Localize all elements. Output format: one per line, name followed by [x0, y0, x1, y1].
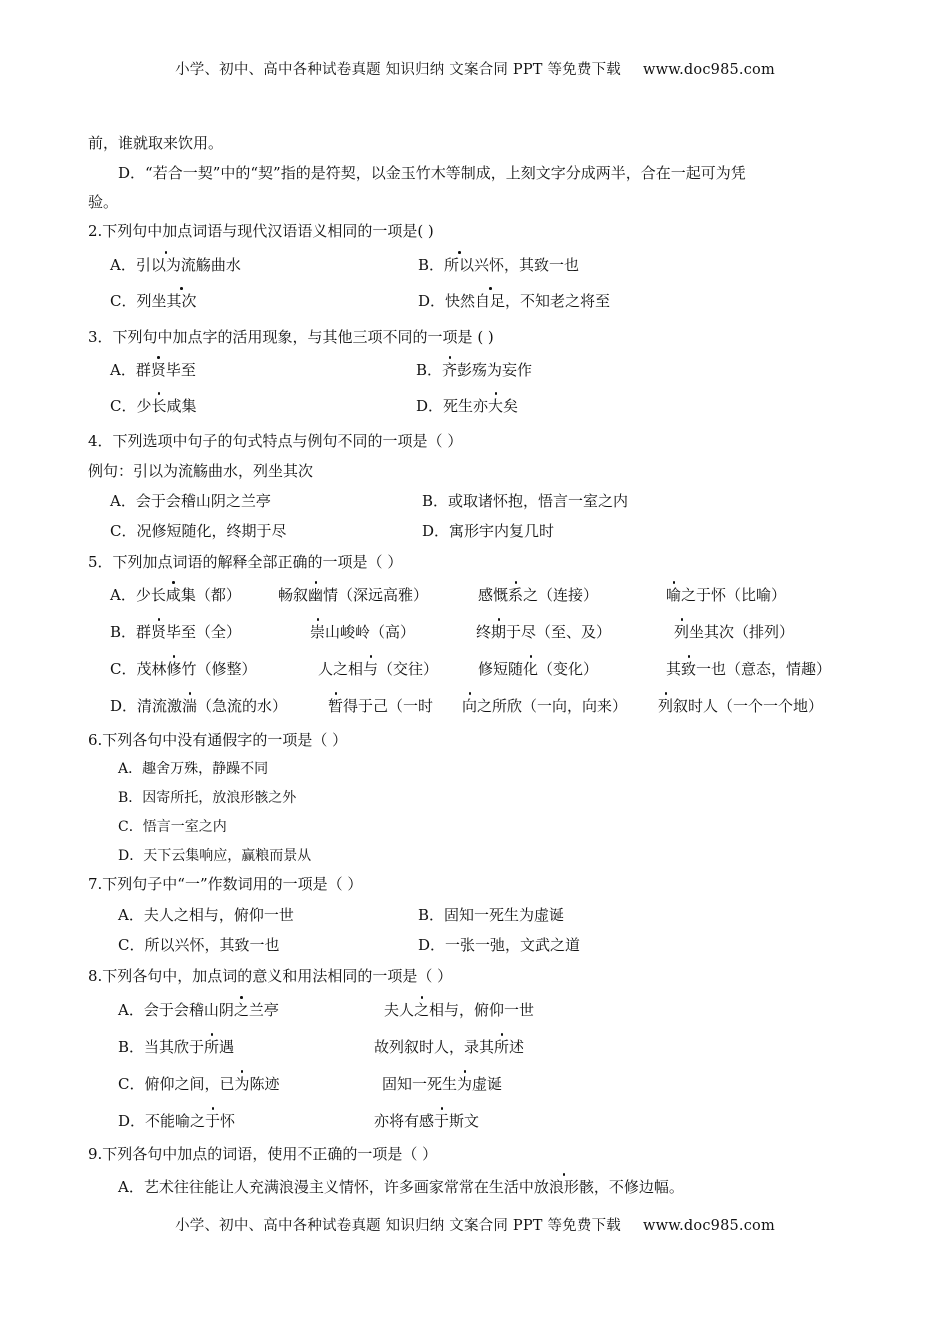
q8-b-2: 故列叙时人，录其所述 — [374, 1036, 524, 1057]
q4-option-b: B．或取诸怀抱，悟言一室之内 — [422, 490, 628, 511]
q3-option-d: D．死生亦大矣 — [416, 395, 518, 416]
q3-option-a: A．群贤毕至 — [110, 359, 196, 380]
q8-a-1: A．会于会稽山阴之兰亭 — [118, 999, 279, 1020]
q2-option-a: A．引以为流觞曲水 — [110, 254, 241, 275]
question-5-stem: 5．下列加点词语的解释全部正确的一项是（ ） — [88, 551, 402, 572]
q5-b-3: 终期于尽（至、及） — [476, 621, 611, 642]
q6-option-a: A．趣舍万殊，静躁不同 — [118, 758, 268, 778]
q5-c-3: 修短随化（变化） — [478, 658, 598, 679]
q8-d-2: 亦将有感于斯文 — [374, 1110, 479, 1131]
q4-example: 例句：引以为流觞曲水，列坐其次 — [88, 460, 313, 481]
q5-b-1: B．群贤毕至（全） — [110, 621, 241, 642]
header-text: 小学、初中、高中各种试卷真题 知识归纳 文案合同 PPT 等免费下载 — [175, 62, 621, 78]
question-6-stem: 6.下列各句中没有通假字的一项是（ ） — [88, 729, 347, 750]
q9-option-a: A．艺术往往能让人充满浪漫主义情怀，许多画家常常在生活中放浪形骸，不修边幅。 — [118, 1176, 684, 1197]
q5-c-4: 其致一也（意态，情趣） — [666, 658, 831, 679]
q5-d-3: 向之所欣（一向，向来） — [462, 695, 627, 716]
q4-option-a: A．会于会稽山阴之兰亭 — [110, 490, 271, 511]
footer-text: 小学、初中、高中各种试卷真题 知识归纳 文案合同 PPT 等免费下载 — [175, 1218, 621, 1234]
q5-a-1: A．少长咸集（都） — [110, 584, 241, 605]
q5-a-4: 喻之于怀（比喻） — [666, 584, 786, 605]
q3-option-c: C．少长咸集 — [110, 395, 197, 416]
q7-option-b: B．固知一死生为虚诞 — [418, 904, 564, 925]
q2-option-d: D．快然自足，不知老之将至 — [418, 290, 610, 311]
q8-a-2: 夫人之相与，俯仰一世 — [384, 999, 534, 1020]
q5-c-1: C．茂林修竹（修整） — [110, 658, 257, 679]
q7-option-d: D．一张一弛，文武之道 — [418, 934, 580, 955]
q8-c-2: 固知一死生为虚诞 — [382, 1073, 502, 1094]
header-site: www.doc985.com — [643, 62, 775, 78]
q5-b-4: 列坐其次（排列） — [674, 621, 794, 642]
q5-d-1: D．清流激湍（急流的水） — [110, 695, 287, 716]
q2-option-b: B．所以兴怀，其致一也 — [418, 254, 579, 275]
question-9-stem: 9.下列各句中加点的词语，使用不正确的一项是（ ） — [88, 1143, 437, 1164]
q5-d-2: 暂得于己（一时 — [328, 695, 433, 716]
q8-b-1: B．当其欣于所遇 — [118, 1036, 234, 1057]
q5-d-4: 列叙时人（一个一个地） — [658, 695, 823, 716]
q8-c-1: C．俯仰之间，已为陈迹 — [118, 1073, 280, 1094]
q5-a-2: 畅叙幽情（深远高雅） — [278, 584, 428, 605]
option-d-continuation-2: 验。 — [88, 191, 118, 212]
q4-option-d: D．寓形宇内复几时 — [422, 520, 554, 541]
q2-option-c: C．列坐其次 — [110, 290, 197, 311]
q6-option-d: D．天下云集响应，赢粮而景从 — [118, 845, 311, 865]
question-7-stem: 7.下列句子中“一”作数词用的一项是（ ） — [88, 873, 362, 894]
q6-option-b: B．因寄所托，放浪形骸之外 — [118, 787, 296, 807]
footer-site: www.doc985.com — [643, 1218, 775, 1234]
page-footer: 小学、初中、高中各种试卷真题 知识归纳 文案合同 PPT 等免费下载www.do… — [0, 1214, 950, 1235]
q3-option-b: B．齐彭殇为妄作 — [416, 359, 532, 380]
q5-c-2: 人之相与（交往） — [318, 658, 438, 679]
question-8-stem: 8.下列各句中，加点词的意义和用法相同的一项是（ ） — [88, 965, 452, 986]
q7-option-a: A．夫人之相与，俯仰一世 — [118, 904, 294, 925]
q4-option-c: C．况修短随化，终期于尽 — [110, 520, 286, 541]
q5-a-3: 感慨系之（连接） — [478, 584, 598, 605]
q8-d-1: D．不能喻之于怀 — [118, 1110, 235, 1131]
question-4-stem: 4．下列选项中句子的句式特点与例句不同的一项是（ ） — [88, 430, 462, 451]
q6-option-c: C．悟言一室之内 — [118, 816, 227, 836]
question-2-stem: 2.下列句中加点词语与现代汉语语义相同的一项是( ) — [88, 220, 434, 241]
q7-option-c: C．所以兴怀，其致一也 — [118, 934, 279, 955]
continuation-line: 前，谁就取来饮用。 — [88, 132, 223, 153]
option-d-continuation: D．“若合一契”中的“契”指的是符契，以金玉竹木等制成，上刻文字分成两半，合在一… — [118, 162, 746, 183]
q5-b-2: 崇山峻岭（高） — [310, 621, 415, 642]
question-3-stem: 3．下列句中加点字的活用现象，与其他三项不同的一项是 ( ) — [88, 326, 494, 347]
page-header: 小学、初中、高中各种试卷真题 知识归纳 文案合同 PPT 等免费下载www.do… — [0, 58, 950, 79]
